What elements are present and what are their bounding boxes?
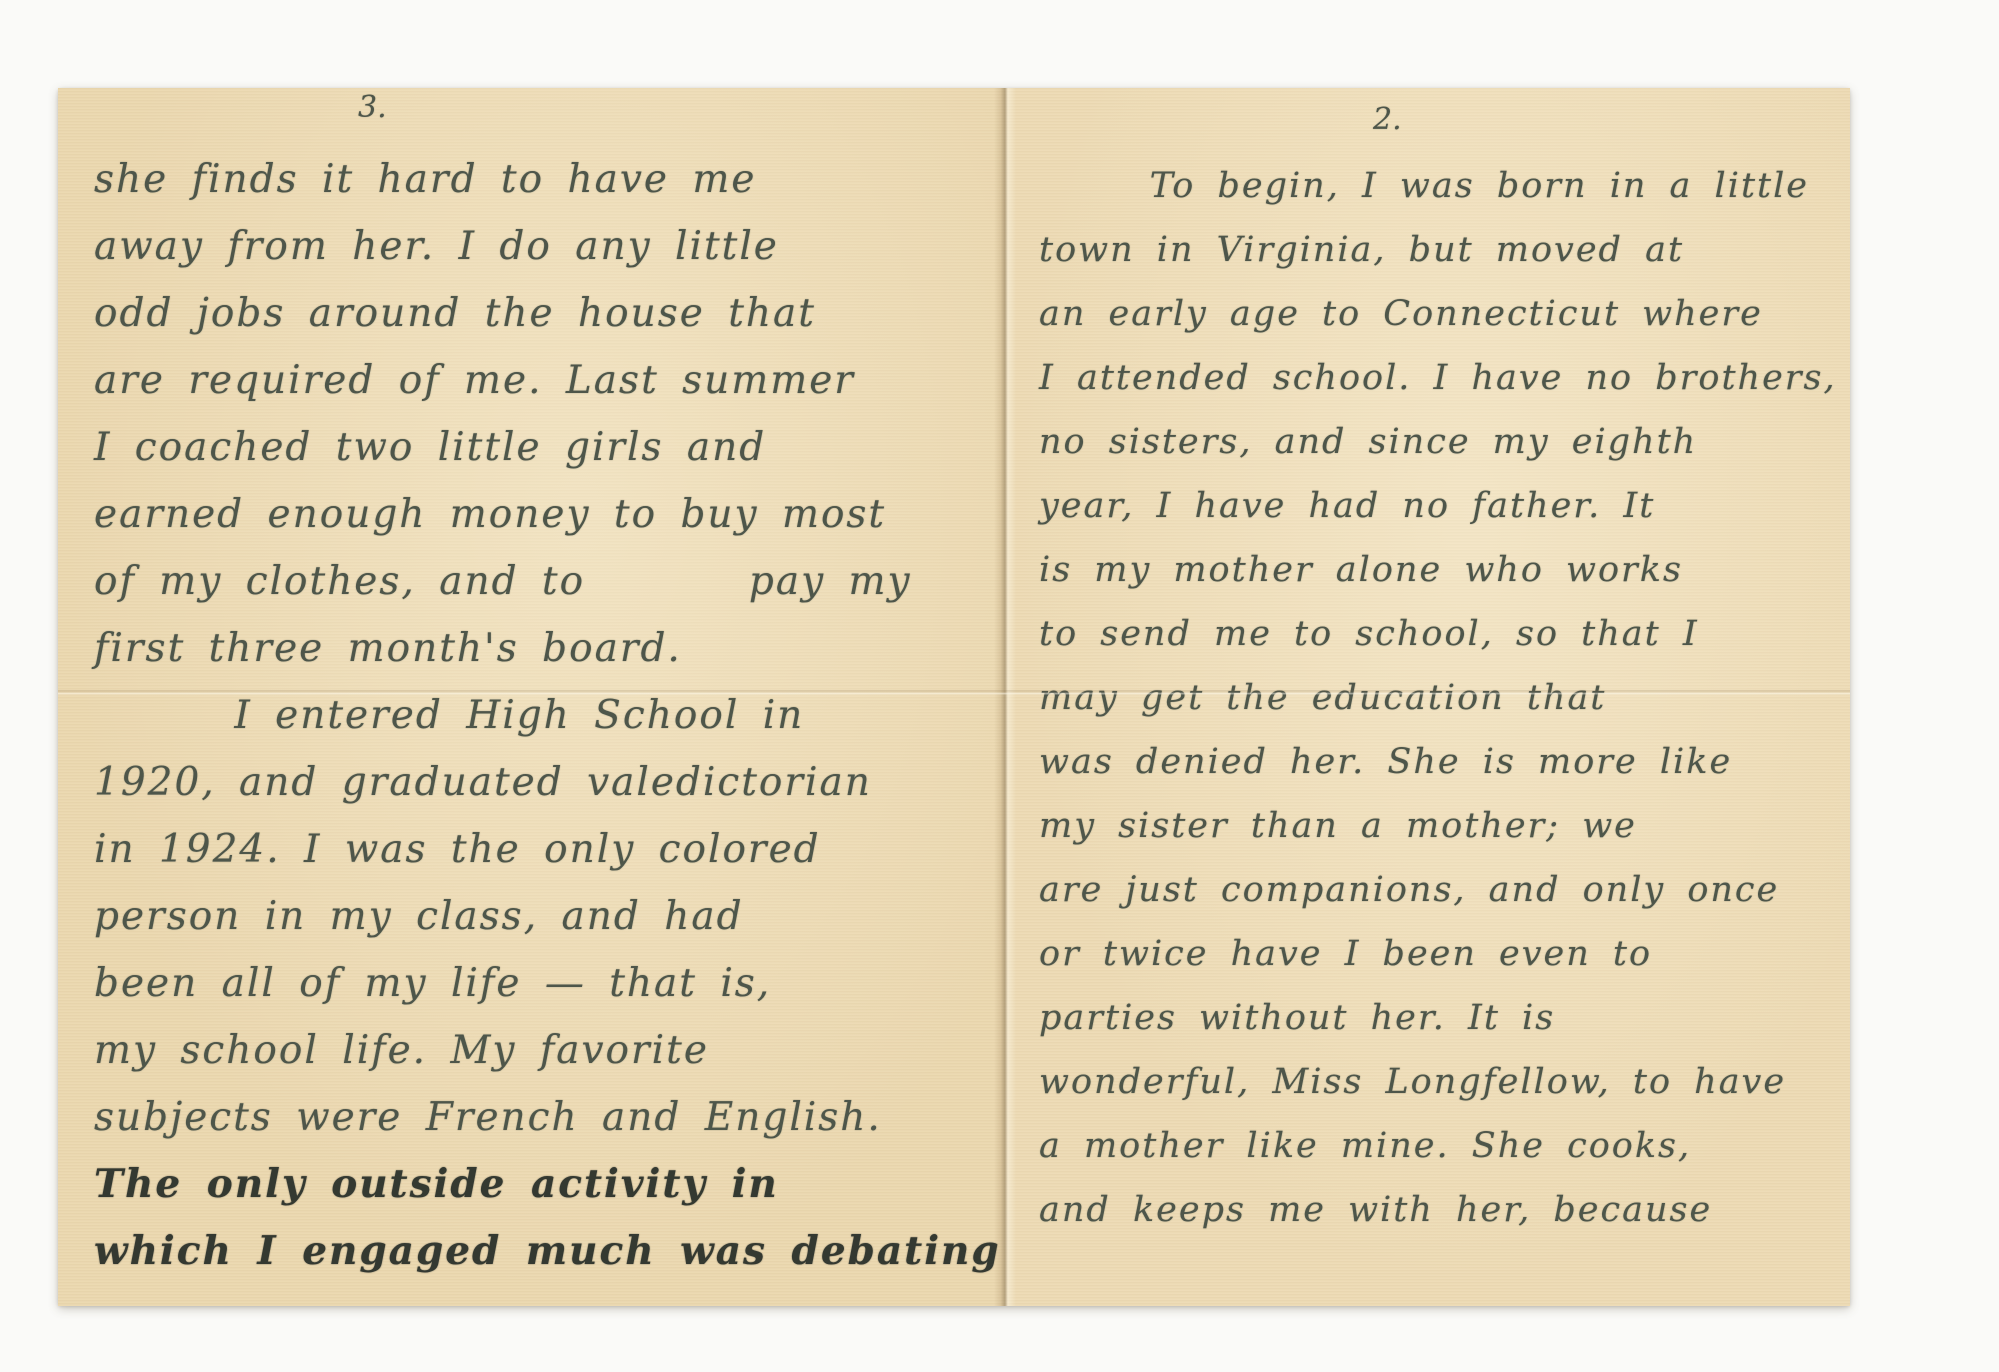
handwritten-line: was denied her. She is more like [1039,730,1837,794]
handwritten-line: first three month's board. [94,615,1001,682]
handwritten-line: are required of me. Last summer [94,347,1001,414]
letter-page-2: 2. To begin, I was born in a littletown … [1005,88,1850,1306]
letter-sheet: 3. she finds it hard to have meaway from… [58,88,1850,1306]
handwritten-line: odd jobs around the house that [94,280,1001,347]
page-number: 3. [358,90,387,125]
handwritten-line: my school life. My favorite [94,1017,1001,1084]
handwritten-line: 1920, and graduated valedictorian [94,749,1001,816]
handwritten-line: which I engaged much was debating [94,1218,1001,1285]
handwritten-line: The only outside activity in [94,1151,1001,1218]
handwritten-text-block: To begin, I was born in a littletown in … [1039,154,1837,1242]
handwritten-line: are just companions, and only once [1039,858,1837,922]
handwritten-line: I coached two little girls and [94,414,1001,481]
handwritten-line: I attended school. I have no brothers, [1039,346,1837,410]
handwritten-line: person in my class, and had [94,883,1001,950]
handwritten-line: year, I have had no father. It [1039,474,1837,538]
handwritten-line: a mother like mine. She cooks, [1039,1114,1837,1178]
page-number: 2. [1373,102,1402,137]
handwritten-line: parties without her. It is [1039,986,1837,1050]
handwritten-line: of my clothes, and to pay my [94,548,1001,615]
handwritten-line: is my mother alone who works [1039,538,1837,602]
letter-page-3: 3. she finds it hard to have meaway from… [58,88,1005,1306]
handwritten-line: earned enough money to buy most [94,481,1001,548]
handwritten-line: she finds it hard to have me [94,146,1001,213]
handwritten-line: wonderful, Miss Longfellow, to have [1039,1050,1837,1114]
handwritten-line: may get the education that [1039,666,1837,730]
handwritten-line: been all of my life — that is, [94,950,1001,1017]
handwritten-line: no sisters, and since my eighth [1039,410,1837,474]
handwritten-line: subjects were French and English. [94,1084,1001,1151]
handwritten-line: or twice have I been even to [1039,922,1837,986]
handwritten-line: to send me to school, so that I [1039,602,1837,666]
handwritten-line: in 1924. I was the only colored [94,816,1001,883]
handwritten-line: and keeps me with her, because [1039,1178,1837,1242]
handwritten-line: an early age to Connecticut where [1039,282,1837,346]
handwritten-line: I entered High School in [94,682,1001,749]
handwritten-line: my sister than a mother; we [1039,794,1837,858]
handwritten-line: To begin, I was born in a little [1039,154,1837,218]
handwritten-line: town in Virginia, but moved at [1039,218,1837,282]
handwritten-line: away from her. I do any little [94,213,1001,280]
handwritten-text-block: she finds it hard to have meaway from he… [94,146,1001,1285]
